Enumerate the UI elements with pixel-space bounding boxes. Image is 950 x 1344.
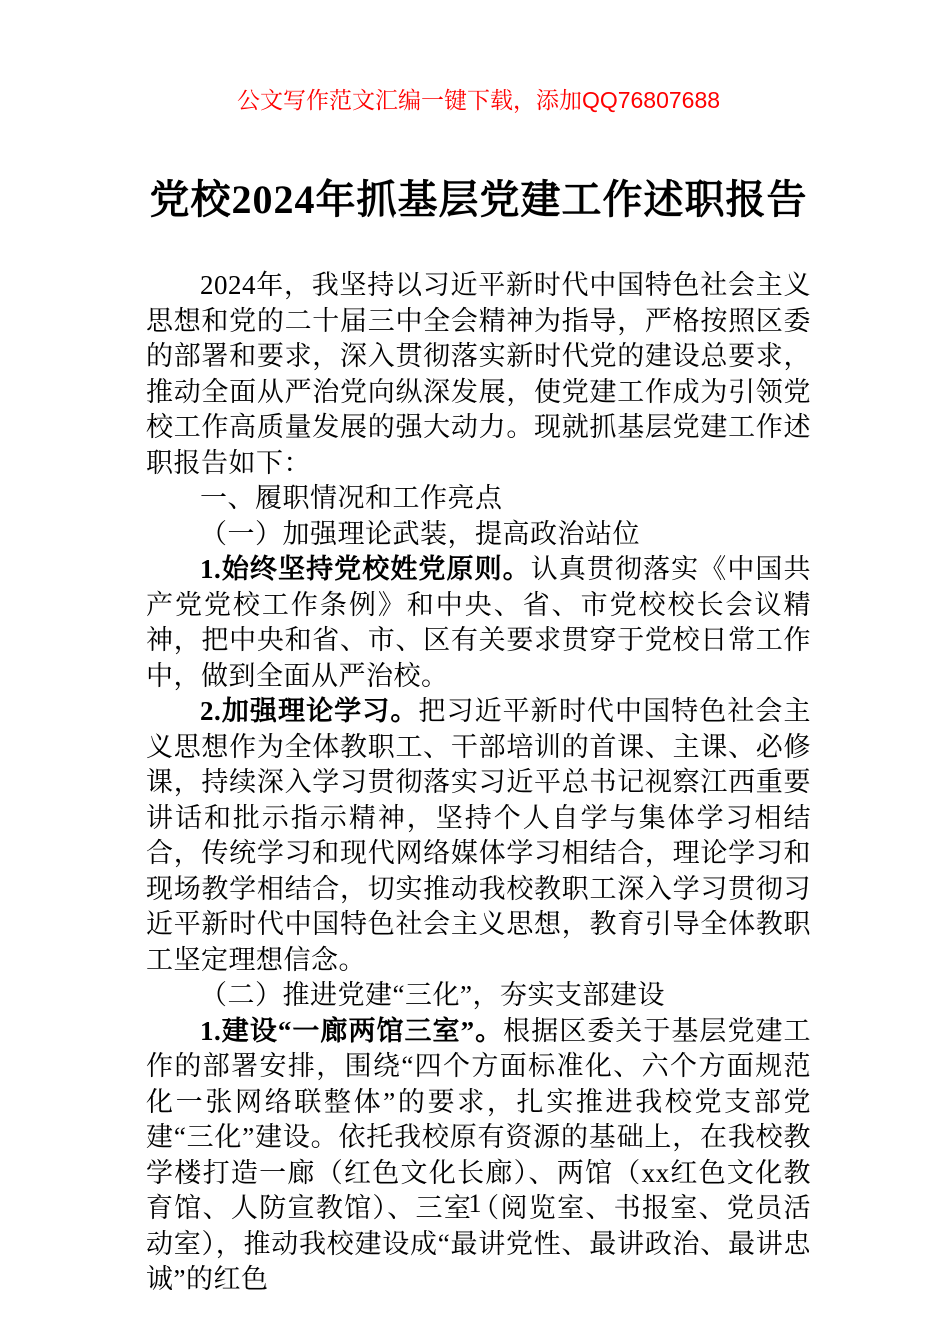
section-heading-1: 一、履职情况和工作亮点 [146, 481, 811, 517]
subsection-heading-2: （二）推进党建“三化”，夯实支部建设 [146, 978, 811, 1014]
promo-header-notice: 公文写作范文汇编一键下载，添加QQ76807688 [146, 86, 811, 114]
paragraph-intro: 2024年，我坚持以习近平新时代中国特色社会主义思想和党的二十届三中全会精神为指… [146, 268, 811, 481]
paragraph-item-2-lead: 2.加强理论学习。 [200, 696, 418, 726]
document-title: 党校2024年抓基层党建工作述职报告 [146, 176, 811, 224]
paragraph-item-2: 2.加强理论学习。把习近平新时代中国特色社会主义思想作为全体教职工、干部培训的首… [146, 694, 811, 978]
subsection-heading-2-text: （二）推进党建“三化”，夯实支部建设 [200, 980, 665, 1010]
page-number: 1 [0, 1188, 950, 1220]
document-body: 2024年，我坚持以习近平新时代中国特色社会主义思想和党的二十届三中全会精神为指… [146, 268, 811, 1298]
paragraph-item-2-text: 把习近平新时代中国特色社会主义思想作为全体教职工、干部培训的首课、主课、必修课，… [146, 696, 811, 975]
paragraph-item-1-lead: 1.始终坚持党校姓党原则。 [200, 554, 531, 584]
subsection-heading-1-text: （一）加强理论武装，提高政治站位 [200, 519, 640, 549]
subsection-heading-1: （一）加强理论武装，提高政治站位 [146, 517, 811, 553]
paragraph-intro-text: 2024年，我坚持以习近平新时代中国特色社会主义思想和党的二十届三中全会精神为指… [146, 270, 811, 478]
paragraph-item-3: 1.建设“一廊两馆三室”。根据区委关于基层党建工作的部署安排，围绕“四个方面标准… [146, 1014, 811, 1298]
document-page: 公文写作范文汇编一键下载，添加QQ76807688 党校2024年抓基层党建工作… [0, 0, 950, 1344]
paragraph-item-1: 1.始终坚持党校姓党原则。认真贯彻落实《中国共产党党校工作条例》和中央、省、市党… [146, 552, 811, 694]
paragraph-item-3-text: 根据区委关于基层党建工作的部署安排，围绕“四个方面标准化、六个方面规范化一张网络… [146, 1016, 811, 1295]
section-heading-1-text: 一、履职情况和工作亮点 [200, 483, 503, 513]
paragraph-item-3-lead: 1.建设“一廊两馆三室”。 [200, 1016, 503, 1046]
